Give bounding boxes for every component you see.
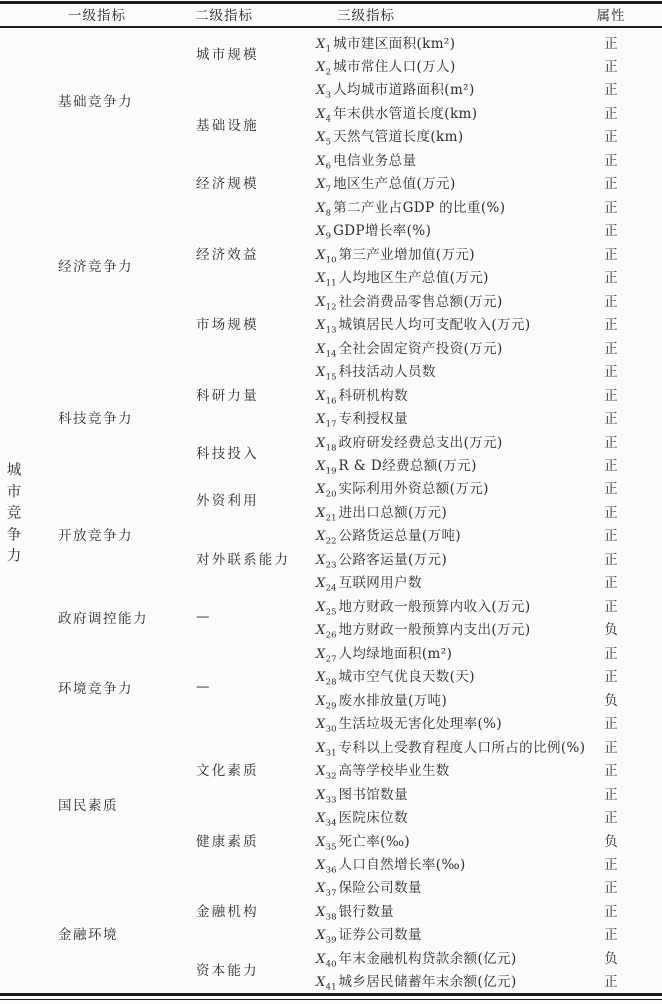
indicator-attribute: 正 [585, 431, 637, 451]
level2-group-label: 市场规模 [196, 313, 259, 333]
indicator-name: X22公路货运总量(万吨) [316, 524, 461, 544]
indicator-attribute: 正 [585, 290, 637, 310]
indicator-attribute: 正 [585, 313, 637, 333]
indicator-attribute: 正 [585, 595, 637, 615]
indicator-name: X39证券公司数量 [316, 923, 422, 943]
level2-group-label: 外资利用 [196, 489, 259, 509]
indicator-name: X29废水排放量(万吨) [316, 689, 447, 709]
indicator-name: X11人均地区生产总值(万元) [316, 266, 489, 286]
indicator-attribute: 正 [585, 642, 637, 662]
level1-group-label: 基础竞争力 [58, 90, 133, 110]
indicator-name: X2城市常住人口(万人) [316, 55, 456, 75]
indicator-attribute: 正 [585, 736, 637, 756]
level2-group-label: 科技投入 [196, 442, 259, 462]
indicator-name: X26地方财政一般预算内支出(万元) [316, 618, 531, 638]
table-bottom-rule-thick [0, 993, 662, 996]
indicator-name: X40年末金融机构贷款余额(亿元) [316, 947, 517, 967]
level1-group-label: 政府调控能力 [58, 607, 148, 627]
paper-table-page: 一级指标 二级指标 三级指标 属性 城市竞争力 基础竞争力经济竞争力科技竞争力开… [0, 0, 662, 1004]
indicator-attribute: 正 [585, 102, 637, 122]
indicator-attribute: 正 [585, 524, 637, 544]
indicator-attribute: 正 [585, 454, 637, 474]
indicator-name: X20实际利用外资总额(万元) [316, 477, 489, 497]
indicator-attribute: 正 [585, 407, 637, 427]
level2-group-label: 城市规模 [196, 43, 259, 63]
vertical-title-char: 市 [5, 480, 23, 501]
level1-group-label: 经济竞争力 [58, 255, 133, 275]
indicator-name: X12社会消费品零售总额(万元) [316, 290, 503, 310]
indicator-name: X21进出口总额(万元) [316, 501, 447, 521]
indicator-name: X38银行数量 [316, 900, 394, 920]
indicator-attribute: 负 [585, 830, 637, 850]
indicator-attribute: 正 [585, 900, 637, 920]
indicator-name: X36人口自然增长率(‰) [316, 853, 466, 873]
level1-group-label: 国民素质 [58, 794, 118, 814]
indicator-attribute: 正 [585, 712, 637, 732]
indicator-attribute: 正 [585, 853, 637, 873]
level1-group-label: 环境竞争力 [58, 677, 133, 697]
indicator-attribute: 正 [585, 219, 637, 239]
indicator-name: X7地区生产总值(万元) [316, 172, 456, 192]
level1-group-label: 科技竞争力 [58, 407, 133, 427]
level2-group-label: 对外联系能力 [196, 548, 290, 568]
indicator-attribute: 正 [585, 876, 637, 896]
indicator-attribute: 正 [585, 243, 637, 263]
level2-group-label: 资本能力 [196, 959, 259, 979]
indicator-name: X33图书馆数量 [316, 783, 408, 803]
indicator-attribute: 正 [585, 384, 637, 404]
indicator-attribute: 正 [585, 55, 637, 75]
indicator-name: X3人均城市道路面积(m²) [316, 78, 475, 98]
indicator-attribute: 正 [585, 32, 637, 52]
indicator-name: X24互联网用户数 [316, 571, 422, 591]
indicator-attribute: 正 [585, 806, 637, 826]
level2-group-label: — [196, 609, 212, 625]
level2-group-label: 经济规模 [196, 172, 259, 192]
indicator-attribute: 负 [585, 947, 637, 967]
indicator-attribute: 正 [585, 125, 637, 145]
level2-group-label: 经济效益 [196, 243, 259, 263]
indicator-attribute: 正 [585, 665, 637, 685]
header-level3-indicator: 三级指标 [337, 4, 395, 24]
indicator-name: X6电信业务总量 [316, 149, 416, 169]
indicator-name: X9GDP增长率(%) [316, 219, 431, 239]
header-attribute: 属性 [597, 4, 626, 24]
indicator-name: X23公路客运量(万元) [316, 548, 447, 568]
indicator-attribute: 正 [585, 501, 637, 521]
indicator-name: X13城镇居民人均可支配收入(万元) [316, 313, 531, 333]
indicator-attribute: 正 [585, 548, 637, 568]
indicator-name: X4年末供水管道长度(km) [316, 102, 477, 122]
indicator-attribute: 正 [585, 970, 637, 990]
indicator-name: X31专科以上受教育程度人口所占的比例(%) [316, 736, 585, 756]
indicator-attribute: 正 [585, 783, 637, 803]
indicator-name: X28城市空气优良天数(天) [316, 665, 475, 685]
indicator-attribute: 正 [585, 337, 637, 357]
level2-group-label: 健康素质 [196, 830, 259, 850]
indicator-name: X41城乡居民储蓄年末余额(亿元) [316, 970, 517, 990]
indicator-name: X30生活垃圾无害化处理率(%) [316, 712, 502, 732]
indicator-attribute: 正 [585, 78, 637, 98]
indicator-attribute: 负 [585, 618, 637, 638]
indicator-name: X1城市建区面积(km²) [316, 32, 455, 52]
indicator-name: X19R & D经费总额(万元) [316, 454, 477, 474]
indicator-name: X10第三产业增加值(万元) [316, 243, 475, 263]
table-bottom-rule-thin [0, 999, 662, 1000]
indicator-attribute: 正 [585, 196, 637, 216]
indicator-name: X27人均绿地面积(m²) [316, 642, 452, 662]
indicator-name: X16科研机构数 [316, 384, 408, 404]
level2-group-label: — [196, 679, 212, 695]
indicator-name: X5天然气管道长度(km) [316, 125, 464, 145]
indicator-attribute: 正 [585, 266, 637, 286]
indicator-name: X17专利授权量 [316, 407, 408, 427]
indicator-attribute: 负 [585, 689, 637, 709]
indicator-attribute: 正 [585, 759, 637, 779]
indicator-name: X25地方财政一般预算内收入(万元) [316, 595, 531, 615]
level2-group-label: 文化素质 [196, 759, 259, 779]
indicator-attribute: 正 [585, 360, 637, 380]
indicator-name: X35死亡率(‰) [316, 830, 410, 850]
header-level1-indicator: 一级指标 [68, 4, 126, 24]
level2-group-label: 基础设施 [196, 114, 259, 134]
level1-group-label: 金融环境 [58, 923, 118, 943]
vertical-title-char: 争 [5, 523, 23, 544]
indicator-name: X15科技活动人员数 [316, 360, 436, 380]
indicator-name: X32高等学校毕业生数 [316, 759, 450, 779]
indicator-name: X8第二产业占GDP 的比重(%) [316, 196, 505, 216]
indicator-attribute: 正 [585, 172, 637, 192]
indicator-attribute: 正 [585, 571, 637, 591]
indicator-name: X37保险公司数量 [316, 876, 422, 896]
vertical-title-char: 力 [5, 545, 23, 566]
vertical-title-char: 城 [5, 459, 23, 480]
indicator-attribute: 正 [585, 149, 637, 169]
level2-group-label: 科研力量 [196, 384, 259, 404]
indicator-name: X14全社会固定资产投资(万元) [316, 337, 503, 357]
indicator-name: X34医院床位数 [316, 806, 408, 826]
level2-group-label: 金融机构 [196, 900, 259, 920]
indicator-attribute: 正 [585, 477, 637, 497]
indicator-attribute: 正 [585, 923, 637, 943]
header-level2-indicator: 二级指标 [195, 4, 253, 24]
vertical-title-char: 竞 [5, 502, 23, 523]
indicator-name: X18政府研发经费总支出(万元) [316, 431, 503, 451]
level1-group-label: 开放竞争力 [58, 524, 133, 544]
table-header-rule [0, 26, 662, 28]
